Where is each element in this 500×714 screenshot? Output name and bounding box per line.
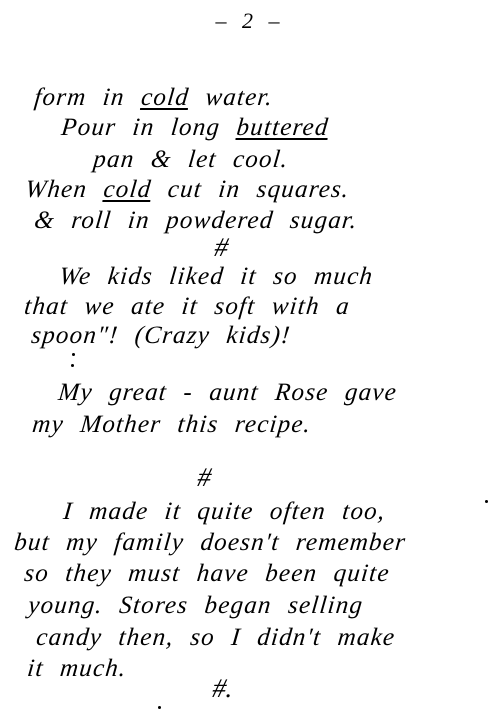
handwritten-line: it much. (26, 655, 128, 683)
line-text: cut in squares. (150, 176, 351, 203)
handwritten-line: form in cold water. (33, 84, 275, 112)
line-text: form in (33, 84, 143, 111)
handwritten-line: so they must have been quite (23, 560, 391, 588)
handwritten-line: my Mother this recipe. (31, 411, 313, 439)
section-divider: #. (211, 674, 234, 704)
handwritten-line: Pour in long buttered (60, 114, 330, 142)
line-text: Pour in long (60, 114, 238, 141)
handwritten-line: young. Stores began selling (27, 592, 365, 620)
section-divider: # (196, 463, 213, 493)
line-text: When (24, 176, 105, 203)
handwritten-line: I made it quite often too, (62, 498, 387, 526)
handwritten-line: that we ate it soft with a (23, 293, 351, 321)
scan-speck (72, 353, 75, 356)
line-text: water. (188, 84, 275, 111)
underlined-word: cold (140, 84, 191, 111)
handwritten-line: My great - aunt Rose gave (57, 379, 398, 407)
underlined-word: buttered (235, 114, 330, 141)
handwritten-line: candy then, so I didn't make (35, 624, 397, 652)
section-divider: # (213, 233, 230, 263)
scan-speck (71, 364, 74, 367)
handwritten-line: When cold cut in squares. (24, 176, 351, 204)
scan-speck (158, 706, 161, 709)
handwritten-line: but my family doesn't remember (13, 529, 408, 557)
scan-speck (485, 500, 488, 503)
handwritten-line: spoon"! (Crazy kids)! (30, 322, 292, 350)
handwritten-line: pan & let cool. (92, 146, 290, 174)
underlined-word: cold (102, 176, 153, 203)
page-number: – 2 – (0, 8, 500, 34)
handwritten-line: We kids liked it so much (58, 263, 375, 291)
handwritten-line: & roll in powdered sugar. (33, 207, 359, 235)
scanned-handwritten-page: – 2 – form in cold water. Pour in long b… (0, 0, 500, 714)
